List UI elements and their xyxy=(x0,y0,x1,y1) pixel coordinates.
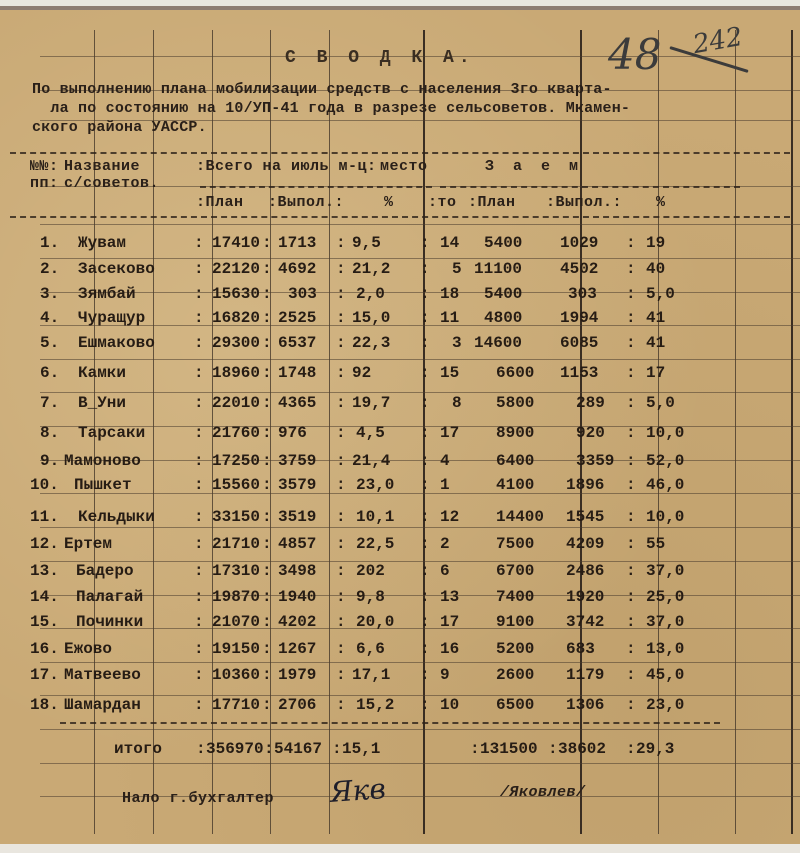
plan-value: 19870 xyxy=(212,588,260,606)
row-number: 6. xyxy=(40,364,59,382)
table-row: 1. Жувам : 17410 : 1713 : 9,5 : 14 5400 … xyxy=(0,234,800,260)
row-number: 18. xyxy=(30,696,59,714)
table-row: 17. Матвеево : 10360 : 1979 : 17,1 : 9 2… xyxy=(0,666,800,692)
done-value: 1748 xyxy=(278,364,316,382)
table-row: 8. Тарсаки : 21760 : 976 : 4,5 : 17 8900… xyxy=(0,424,800,450)
plan-value: 15560 xyxy=(212,476,260,494)
pct-value: 22,3 xyxy=(352,334,390,352)
loan-plan-value: 2600 xyxy=(496,666,534,684)
done-value: 3759 xyxy=(278,452,316,470)
header-place-top: место xyxy=(380,158,428,175)
done-value: 3498 xyxy=(278,562,316,580)
loan-plan-value: 5800 xyxy=(496,394,534,412)
done-value: 1267 xyxy=(278,640,316,658)
subtitle-line: По выполнению плана мобилизации средств … xyxy=(32,81,612,98)
place-value: 17 xyxy=(440,613,459,631)
plan-value: 17410 xyxy=(212,234,260,252)
pct-value: 6,6 xyxy=(356,640,385,658)
pct-value: 20,0 xyxy=(356,613,394,631)
pct-value: 4,5 xyxy=(356,424,385,442)
total-dash-line xyxy=(60,722,720,724)
header-pct: % xyxy=(384,194,394,211)
page-top-edge xyxy=(0,6,800,10)
loan-pct-value: 41 xyxy=(646,309,665,327)
done-value: 2706 xyxy=(278,696,316,714)
total-loan-done: 38602 xyxy=(558,740,606,758)
place-value: 1 xyxy=(440,476,450,494)
council-name: Засеково xyxy=(78,260,155,278)
done-value: 4692 xyxy=(278,260,316,278)
pct-value: 10,1 xyxy=(356,508,394,526)
done-value: 1940 xyxy=(278,588,316,606)
place-value: 9 xyxy=(440,666,450,684)
loan-pct-value: 52,0 xyxy=(646,452,684,470)
council-name: Мамоново xyxy=(64,452,141,470)
council-name: Камки xyxy=(78,364,126,382)
council-name: Бадеро xyxy=(76,562,134,580)
row-number: 11. xyxy=(30,508,59,526)
table-row: 13. Бадеро : 17310 : 3498 : 202 : 6 6700… xyxy=(0,562,800,588)
loan-pct-value: 10,0 xyxy=(646,508,684,526)
header-num: №№: xyxy=(30,158,59,175)
loan-plan-value: 4800 xyxy=(484,309,522,327)
header-plan: :План xyxy=(196,194,244,211)
place-value: 16 xyxy=(440,640,459,658)
table-row: 10. Пышкет : 15560 : 3579 : 23,0 : 1 410… xyxy=(0,476,800,502)
total-plan: 356970 xyxy=(206,740,264,758)
table-row: 3. Зямбай : 15630 : 303 : 2,0 : 18 5400 … xyxy=(0,285,800,311)
total-loan-plan: 131500 xyxy=(480,740,538,758)
pct-value: 19,7 xyxy=(352,394,390,412)
council-name: Чуращур xyxy=(78,309,145,327)
row-number: 10. xyxy=(30,476,59,494)
pct-value: 2,0 xyxy=(356,285,385,303)
place-value: 2 xyxy=(440,535,450,553)
table-row: 4. Чуращур : 16820 : 2525 : 15,0 : 11 48… xyxy=(0,309,800,335)
council-name: Ешмаково xyxy=(78,334,155,352)
table-row: 14. Палагай : 19870 : 1940 : 9,8 : 13 74… xyxy=(0,588,800,614)
plan-value: 15630 xyxy=(212,285,260,303)
plan-value: 17710 xyxy=(212,696,260,714)
loan-pct-value: 25,0 xyxy=(646,588,684,606)
header-dash-line xyxy=(10,152,790,154)
plan-value: 21710 xyxy=(212,535,260,553)
place-value: 18 xyxy=(440,285,459,303)
loan-done-value: 3359 xyxy=(576,452,614,470)
loan-plan-value: 6700 xyxy=(496,562,534,580)
loan-pct-value: 5,0 xyxy=(646,285,675,303)
plan-value: 29300 xyxy=(212,334,260,352)
place-value: 10 xyxy=(440,696,459,714)
place-value: 3 xyxy=(452,334,462,352)
loan-plan-value: 5400 xyxy=(484,234,522,252)
loan-plan-value: 6400 xyxy=(496,452,534,470)
place-value: 14 xyxy=(440,234,459,252)
loan-done-value: 4209 xyxy=(566,535,604,553)
loan-done-value: 303 xyxy=(568,285,597,303)
row-number: 3. xyxy=(40,285,59,303)
council-name: В_Уни xyxy=(78,394,126,412)
header-loan-group: З а е м xyxy=(485,158,583,175)
header-sub-dash xyxy=(200,186,432,188)
done-value: 3519 xyxy=(278,508,316,526)
council-name: Пышкет xyxy=(74,476,132,494)
plan-value: 21760 xyxy=(212,424,260,442)
loan-plan-value: 6600 xyxy=(496,364,534,382)
row-number: 9. xyxy=(40,452,59,470)
loan-plan-value: 6500 xyxy=(496,696,534,714)
place-value: 12 xyxy=(440,508,459,526)
total-loan-pct: 29,3 xyxy=(636,740,674,758)
footer-name: /Яковлев/ xyxy=(500,784,586,801)
loan-done-value: 1994 xyxy=(560,309,598,327)
row-number: 2. xyxy=(40,260,59,278)
pct-value: 15,0 xyxy=(352,309,390,327)
loan-plan-value: 11100 xyxy=(474,260,522,278)
place-value: 17 xyxy=(440,424,459,442)
plan-value: 33150 xyxy=(212,508,260,526)
loan-plan-value: 7400 xyxy=(496,588,534,606)
done-value: 4202 xyxy=(278,613,316,631)
table-total-row: итого :356970 :54167 :15,1 :131500 :3860… xyxy=(0,740,800,766)
row-number: 13. xyxy=(30,562,59,580)
loan-pct-value: 40 xyxy=(646,260,665,278)
loan-done-value: 1029 xyxy=(560,234,598,252)
loan-done-value: 1153 xyxy=(560,364,598,382)
place-value: 13 xyxy=(440,588,459,606)
pct-value: 21,4 xyxy=(352,452,390,470)
header-loan-pct: % xyxy=(656,194,666,211)
done-value: 4857 xyxy=(278,535,316,553)
loan-pct-value: 37,0 xyxy=(646,613,684,631)
loan-done-value: 289 xyxy=(576,394,605,412)
row-number: 12. xyxy=(30,535,59,553)
pct-value: 9,8 xyxy=(356,588,385,606)
archival-document-page: 48 242 С В О Д К А. По выполнению плана … xyxy=(0,6,800,844)
pct-value: 22,5 xyxy=(356,535,394,553)
plan-value: 16820 xyxy=(212,309,260,327)
loan-pct-value: 23,0 xyxy=(646,696,684,714)
council-name: Починки xyxy=(76,613,143,631)
loan-pct-value: 19 xyxy=(646,234,665,252)
loan-done-value: 2486 xyxy=(566,562,604,580)
loan-plan-value: 14400 xyxy=(496,508,544,526)
plan-value: 21070 xyxy=(212,613,260,631)
plan-value: 18960 xyxy=(212,364,260,382)
total-done: 54167 xyxy=(274,740,322,758)
plan-value: 22120 xyxy=(212,260,260,278)
rule-horizontal xyxy=(40,392,800,393)
loan-pct-value: 5,0 xyxy=(646,394,675,412)
pct-value: 15,2 xyxy=(356,696,394,714)
header-bottom-dash xyxy=(10,216,790,218)
done-value: 3579 xyxy=(278,476,316,494)
place-value: 8 xyxy=(452,394,462,412)
row-number: 15. xyxy=(30,613,59,631)
council-name: Шамардан xyxy=(64,696,141,714)
header-name: Название xyxy=(64,158,140,175)
pct-value: 92 xyxy=(352,364,371,382)
plan-value: 22010 xyxy=(212,394,260,412)
loan-pct-value: 45,0 xyxy=(646,666,684,684)
row-number: 4. xyxy=(40,309,59,327)
loan-done-value: 1896 xyxy=(566,476,604,494)
pct-value: 23,0 xyxy=(356,476,394,494)
loan-pct-value: 10,0 xyxy=(646,424,684,442)
council-name: Зямбай xyxy=(78,285,136,303)
loan-done-value: 1179 xyxy=(566,666,604,684)
rule-horizontal xyxy=(40,729,800,730)
row-number: 14. xyxy=(30,588,59,606)
loan-pct-value: 37,0 xyxy=(646,562,684,580)
row-number: 7. xyxy=(40,394,59,412)
loan-done-value: 1920 xyxy=(566,588,604,606)
document-subtitle: По выполнению плана мобилизации средств … xyxy=(32,80,630,137)
loan-plan-value: 5400 xyxy=(484,285,522,303)
header-num-2: пп: xyxy=(30,175,59,192)
pct-value: 21,2 xyxy=(352,260,390,278)
loan-pct-value: 13,0 xyxy=(646,640,684,658)
total-label: итого xyxy=(114,740,162,758)
done-value: 4365 xyxy=(278,394,316,412)
subtitle-line: ла по состоянию на 10/УП-41 года в разре… xyxy=(50,100,630,117)
loan-pct-value: 46,0 xyxy=(646,476,684,494)
loan-pct-value: 55 xyxy=(646,535,665,553)
council-name: Ежово xyxy=(64,640,112,658)
plan-value: 10360 xyxy=(212,666,260,684)
loan-done-value: 3742 xyxy=(566,613,604,631)
loan-plan-value: 7500 xyxy=(496,535,534,553)
plan-value: 17310 xyxy=(212,562,260,580)
header-loan-plan: :План xyxy=(468,194,516,211)
table-row: 2. Засеково : 22120 : 4692 : 21,2 : 5 11… xyxy=(0,260,800,286)
done-value: 1713 xyxy=(278,234,316,252)
header-total-group: :Всего на июль м-ц: xyxy=(196,158,377,175)
row-number: 5. xyxy=(40,334,59,352)
pct-value: 9,5 xyxy=(352,234,381,252)
header-sub-dash xyxy=(440,186,740,188)
table-row: 11. Кельдыки : 33150 : 3519 : 10,1 : 12 … xyxy=(0,508,800,534)
plan-value: 17250 xyxy=(212,452,260,470)
header-done: :Выпол.: xyxy=(268,194,344,211)
done-value: 2525 xyxy=(278,309,316,327)
council-name: Кельдыки xyxy=(78,508,155,526)
total-pct: 15,1 xyxy=(342,740,380,758)
place-value: 6 xyxy=(440,562,450,580)
row-number: 1. xyxy=(40,234,59,252)
loan-plan-value: 5200 xyxy=(496,640,534,658)
loan-pct-value: 17 xyxy=(646,364,665,382)
footer-role: Нало г.бухгалтер xyxy=(122,790,274,807)
table-row: 6. Камки : 18960 : 1748 : 92 : 15 6600 1… xyxy=(0,364,800,390)
done-value: 976 xyxy=(278,424,307,442)
table-row: 7. В_Уни : 22010 : 4365 : 19,7 : 8 5800 … xyxy=(0,394,800,420)
loan-plan-value: 14600 xyxy=(474,334,522,352)
pct-value: 17,1 xyxy=(352,666,390,684)
done-value: 1979 xyxy=(278,666,316,684)
header-name-2: с/советов. xyxy=(64,175,159,192)
subtitle-line: ского района УАССР. xyxy=(32,119,207,136)
place-value: 11 xyxy=(440,309,459,327)
loan-done-value: 1545 xyxy=(566,508,604,526)
place-value: 15 xyxy=(440,364,459,382)
council-name: Тарсаки xyxy=(78,424,145,442)
loan-done-value: 6085 xyxy=(560,334,598,352)
done-value: 303 xyxy=(288,285,317,303)
document-title: С В О Д К А. xyxy=(285,48,475,68)
row-number: 16. xyxy=(30,640,59,658)
place-value: 4 xyxy=(440,452,450,470)
table-row: 15. Починки : 21070 : 4202 : 20,0 : 17 9… xyxy=(0,613,800,639)
done-value: 6537 xyxy=(278,334,316,352)
sheet-number-handwritten: 48 xyxy=(608,30,661,79)
table-row: 9. Мамоново : 17250 : 3759 : 21,4 : 4 64… xyxy=(0,452,800,478)
council-name: Ертем xyxy=(64,535,112,553)
council-name: Жувам xyxy=(78,234,126,252)
header-place: :то xyxy=(428,194,457,211)
plan-value: 19150 xyxy=(212,640,260,658)
table-row: 5. Ешмаково : 29300 : 6537 : 22,3 : 3 14… xyxy=(0,334,800,360)
rule-horizontal xyxy=(40,224,800,225)
place-value: 5 xyxy=(452,260,462,278)
signature: Якв xyxy=(329,772,387,809)
loan-plan-value: 8900 xyxy=(496,424,534,442)
table-row: 12. Ертем : 21710 : 4857 : 22,5 : 2 7500… xyxy=(0,535,800,561)
table-row: 16. Ежово : 19150 : 1267 : 6,6 : 16 5200… xyxy=(0,640,800,666)
loan-plan-value: 4100 xyxy=(496,476,534,494)
loan-done-value: 920 xyxy=(576,424,605,442)
row-number: 17. xyxy=(30,666,59,684)
loan-done-value: 1306 xyxy=(566,696,604,714)
loan-plan-value: 9100 xyxy=(496,613,534,631)
pct-value: 202 xyxy=(356,562,385,580)
loan-done-value: 683 xyxy=(566,640,595,658)
row-number: 8. xyxy=(40,424,59,442)
loan-done-value: 4502 xyxy=(560,260,598,278)
header-loan-done: :Выпол.: xyxy=(546,194,622,211)
table-row: 18. Шамардан : 17710 : 2706 : 15,2 : 10 … xyxy=(0,696,800,722)
council-name: Палагай xyxy=(76,588,143,606)
loan-pct-value: 41 xyxy=(646,334,665,352)
council-name: Матвеево xyxy=(64,666,141,684)
